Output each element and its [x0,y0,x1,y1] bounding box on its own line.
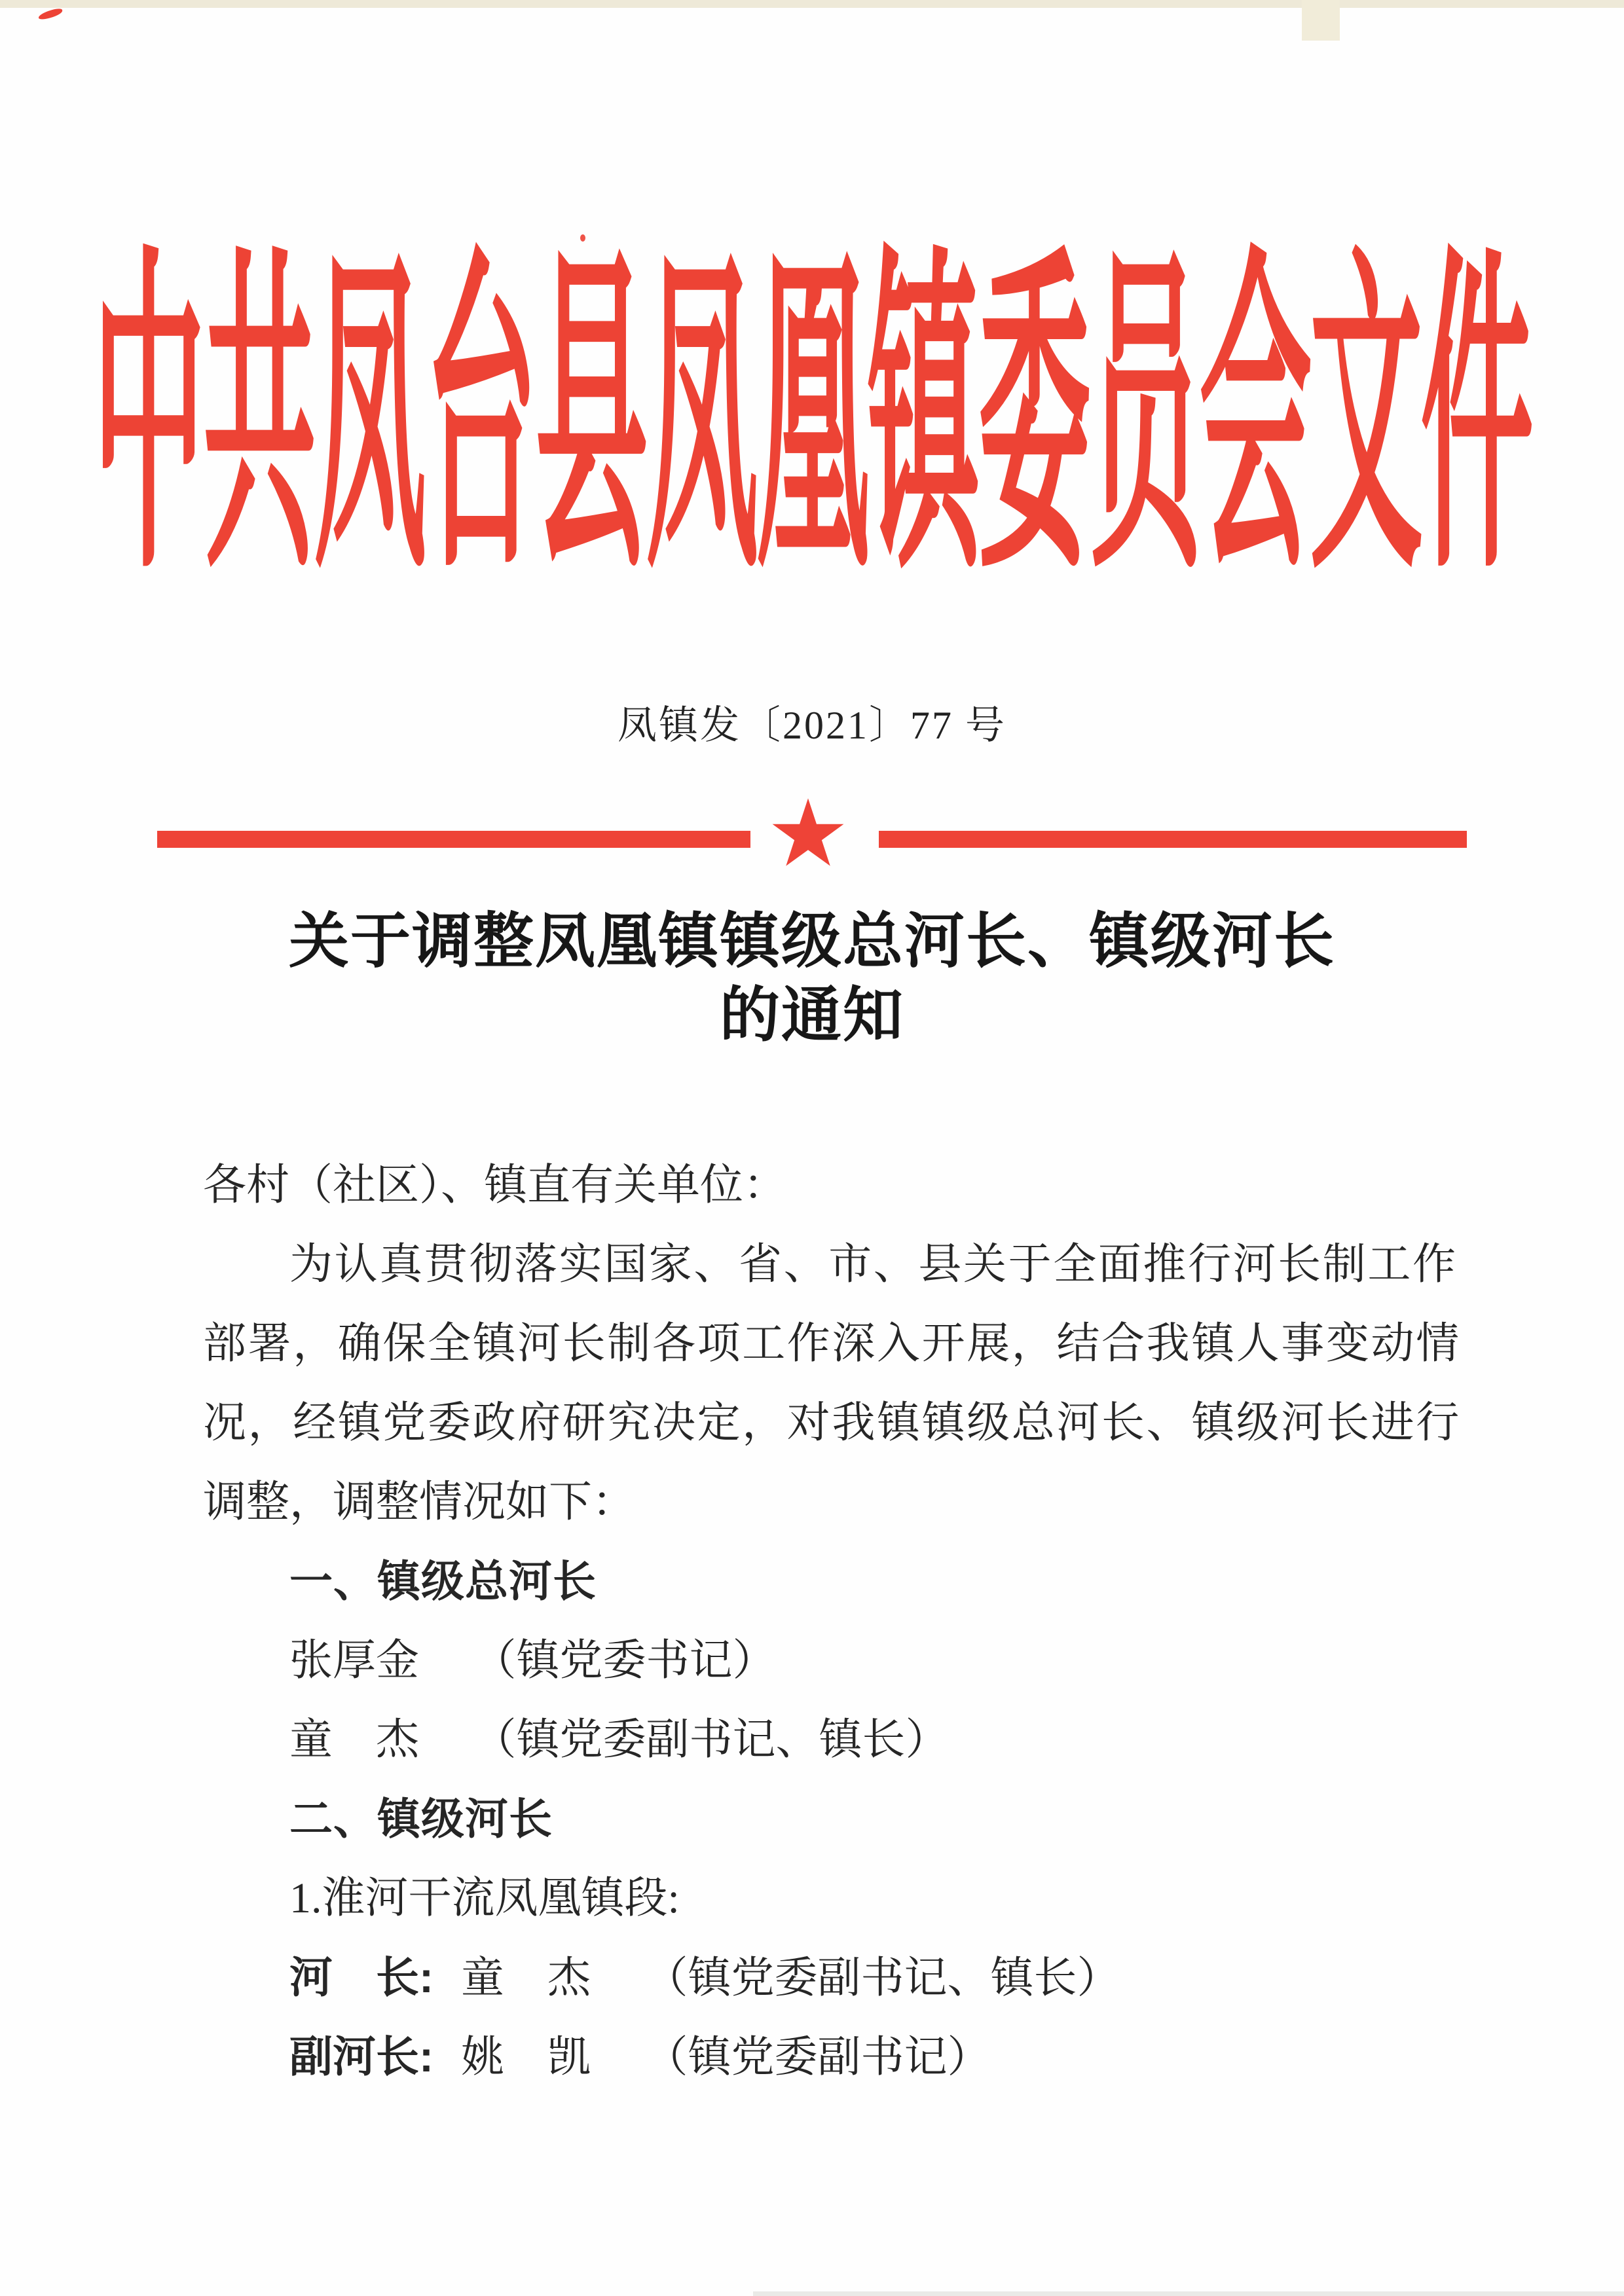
river-deputy-line: 副河长:姚 凯 （镇党委副书记） [203,2017,1466,2096]
paragraph-line: 部署，确保全镇河长制各项工作深入开展，结合我镇人事变动情 [203,1304,1466,1383]
star-icon: ★ [757,788,859,881]
chief-item-zhang: 张厚金 （镇党委书记） [203,1621,1466,1700]
org-header: 中共凤台县凤凰镇委员会文件 [0,251,1624,592]
river-chief-label: 河 长: [289,1953,434,2001]
salutation: 各村（社区）、镇直有关单位： [203,1146,1466,1225]
paragraph-line: 况，经镇党委政府研究决定，对我镇镇级总河长、镇级河长进行 [203,1383,1466,1463]
doc-number: 凤镇发〔2021〕77 号 [0,704,1624,747]
org-header-text: 中共凤台县凤凰镇委员会文件 [93,251,1532,591]
section-heading-river-chiefs: 二、镇级河长 [203,1779,1466,1859]
paragraph-line: 为认真贯彻落实国家、省、市、县关于全面推行河长制工作 [203,1225,1466,1304]
document-body: 各村（社区）、镇直有关单位： 为认真贯彻落实国家、省、市、县关于全面推行河长制工… [203,1146,1466,2096]
section-heading-town-chief: 一、镇级总河长 [203,1542,1466,1621]
title-line-2: 的通知 [0,979,1624,1053]
chief-item-tong: 童 杰 （镇党委副书记、镇长） [203,1700,1466,1779]
document-page: 中共凤台县凤凰镇委员会文件 凤镇发〔2021〕77 号 ★ 关于调整凤凰镇镇级总… [0,0,1624,2296]
scan-artifact-bottom-edge [753,2291,1624,2296]
document-title: 关于调整凤凰镇镇级总河长、镇级河长 的通知 [0,905,1624,1053]
separator-line-right [879,831,1467,848]
river-chief-line: 河 长:童 杰 （镇党委副书记、镇长） [203,1938,1466,2017]
river-section-huaihe: 1.淮河干流凤凰镇段: [203,1859,1466,1938]
scan-artifact-red-speck [37,7,64,21]
river-chief-value: 童 杰 （镇党委副书记、镇长） [461,1954,1120,2002]
paragraph-line: 调整，调整情况如下： [203,1463,1466,1542]
scan-artifact-top-right [1302,0,1340,41]
river-deputy-label: 副河长: [289,2032,434,2081]
river-deputy-value: 姚 凯 （镇党委副书记） [461,2033,991,2081]
separator-line-left [157,831,750,848]
scan-artifact-top-strip [0,0,1624,8]
title-line-1: 关于调整凤凰镇镇级总河长、镇级河长 [0,905,1624,979]
